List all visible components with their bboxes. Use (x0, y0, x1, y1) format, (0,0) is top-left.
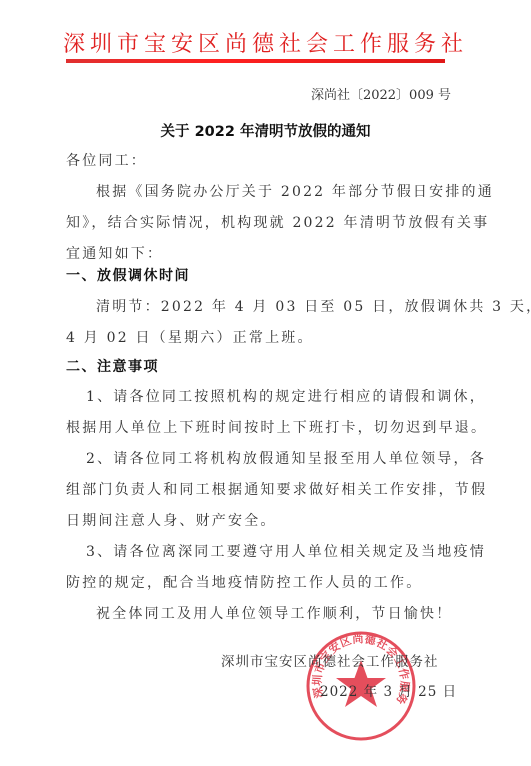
section-line: 4 月 02 日（星期六）正常上班。 (66, 327, 450, 347)
organization-letterhead: 深圳市宝安区尚德社会工作服务社 (0, 27, 531, 58)
intro-line: 宜通知如下： (66, 243, 450, 263)
intro-line: 根据《国务院办公厅关于 2022 年部分节假日安排的通 (96, 181, 480, 201)
section-line: 组部门负责人和同工根据通知要求做好相关工作安排，节假 (66, 479, 450, 499)
signature-organization: 深圳市宝安区尚德社会工作服务社 (221, 650, 439, 670)
section-heading: 二、注意事项 (66, 356, 450, 376)
document-number: 深尚社〔2022〕009 号 (311, 84, 451, 103)
section-line: 2、请各位同工将机构放假通知呈报至用人单位领导，各 (86, 448, 470, 468)
document-title: 关于 2022 年清明节放假的通知 (0, 120, 531, 141)
section-line: 防控的规定，配合当地疫情防控工作人员的工作。 (66, 572, 450, 592)
intro-line: 知》，结合实际情况，机构现就 2022 年清明节放假有关事 (66, 212, 450, 232)
section-line: 日期间注意人身、财产安全。 (66, 510, 450, 530)
signature-date: 2022 年 3 月 25 日 (320, 680, 457, 700)
section-heading: 一、放假调休时间 (66, 265, 450, 285)
salutation: 各位同工： (66, 150, 450, 170)
closing-line: 祝全体同工及用人单位领导工作顺利，节日愉快！ (96, 603, 480, 623)
letterhead-divider (66, 59, 445, 63)
section-line: 清明节：2022 年 4 月 03 日至 05 日，放假调休共 3 天， (96, 296, 480, 316)
section-line: 3、请各位离深同工要遵守用人单位相关规定及当地疫情 (86, 541, 470, 561)
section-line: 1、请各位同工按照机构的规定进行相应的请假和调休， (86, 386, 470, 406)
section-line: 根据用人单位上下班时间按时上下班打卡，切勿迟到早退。 (66, 417, 450, 437)
